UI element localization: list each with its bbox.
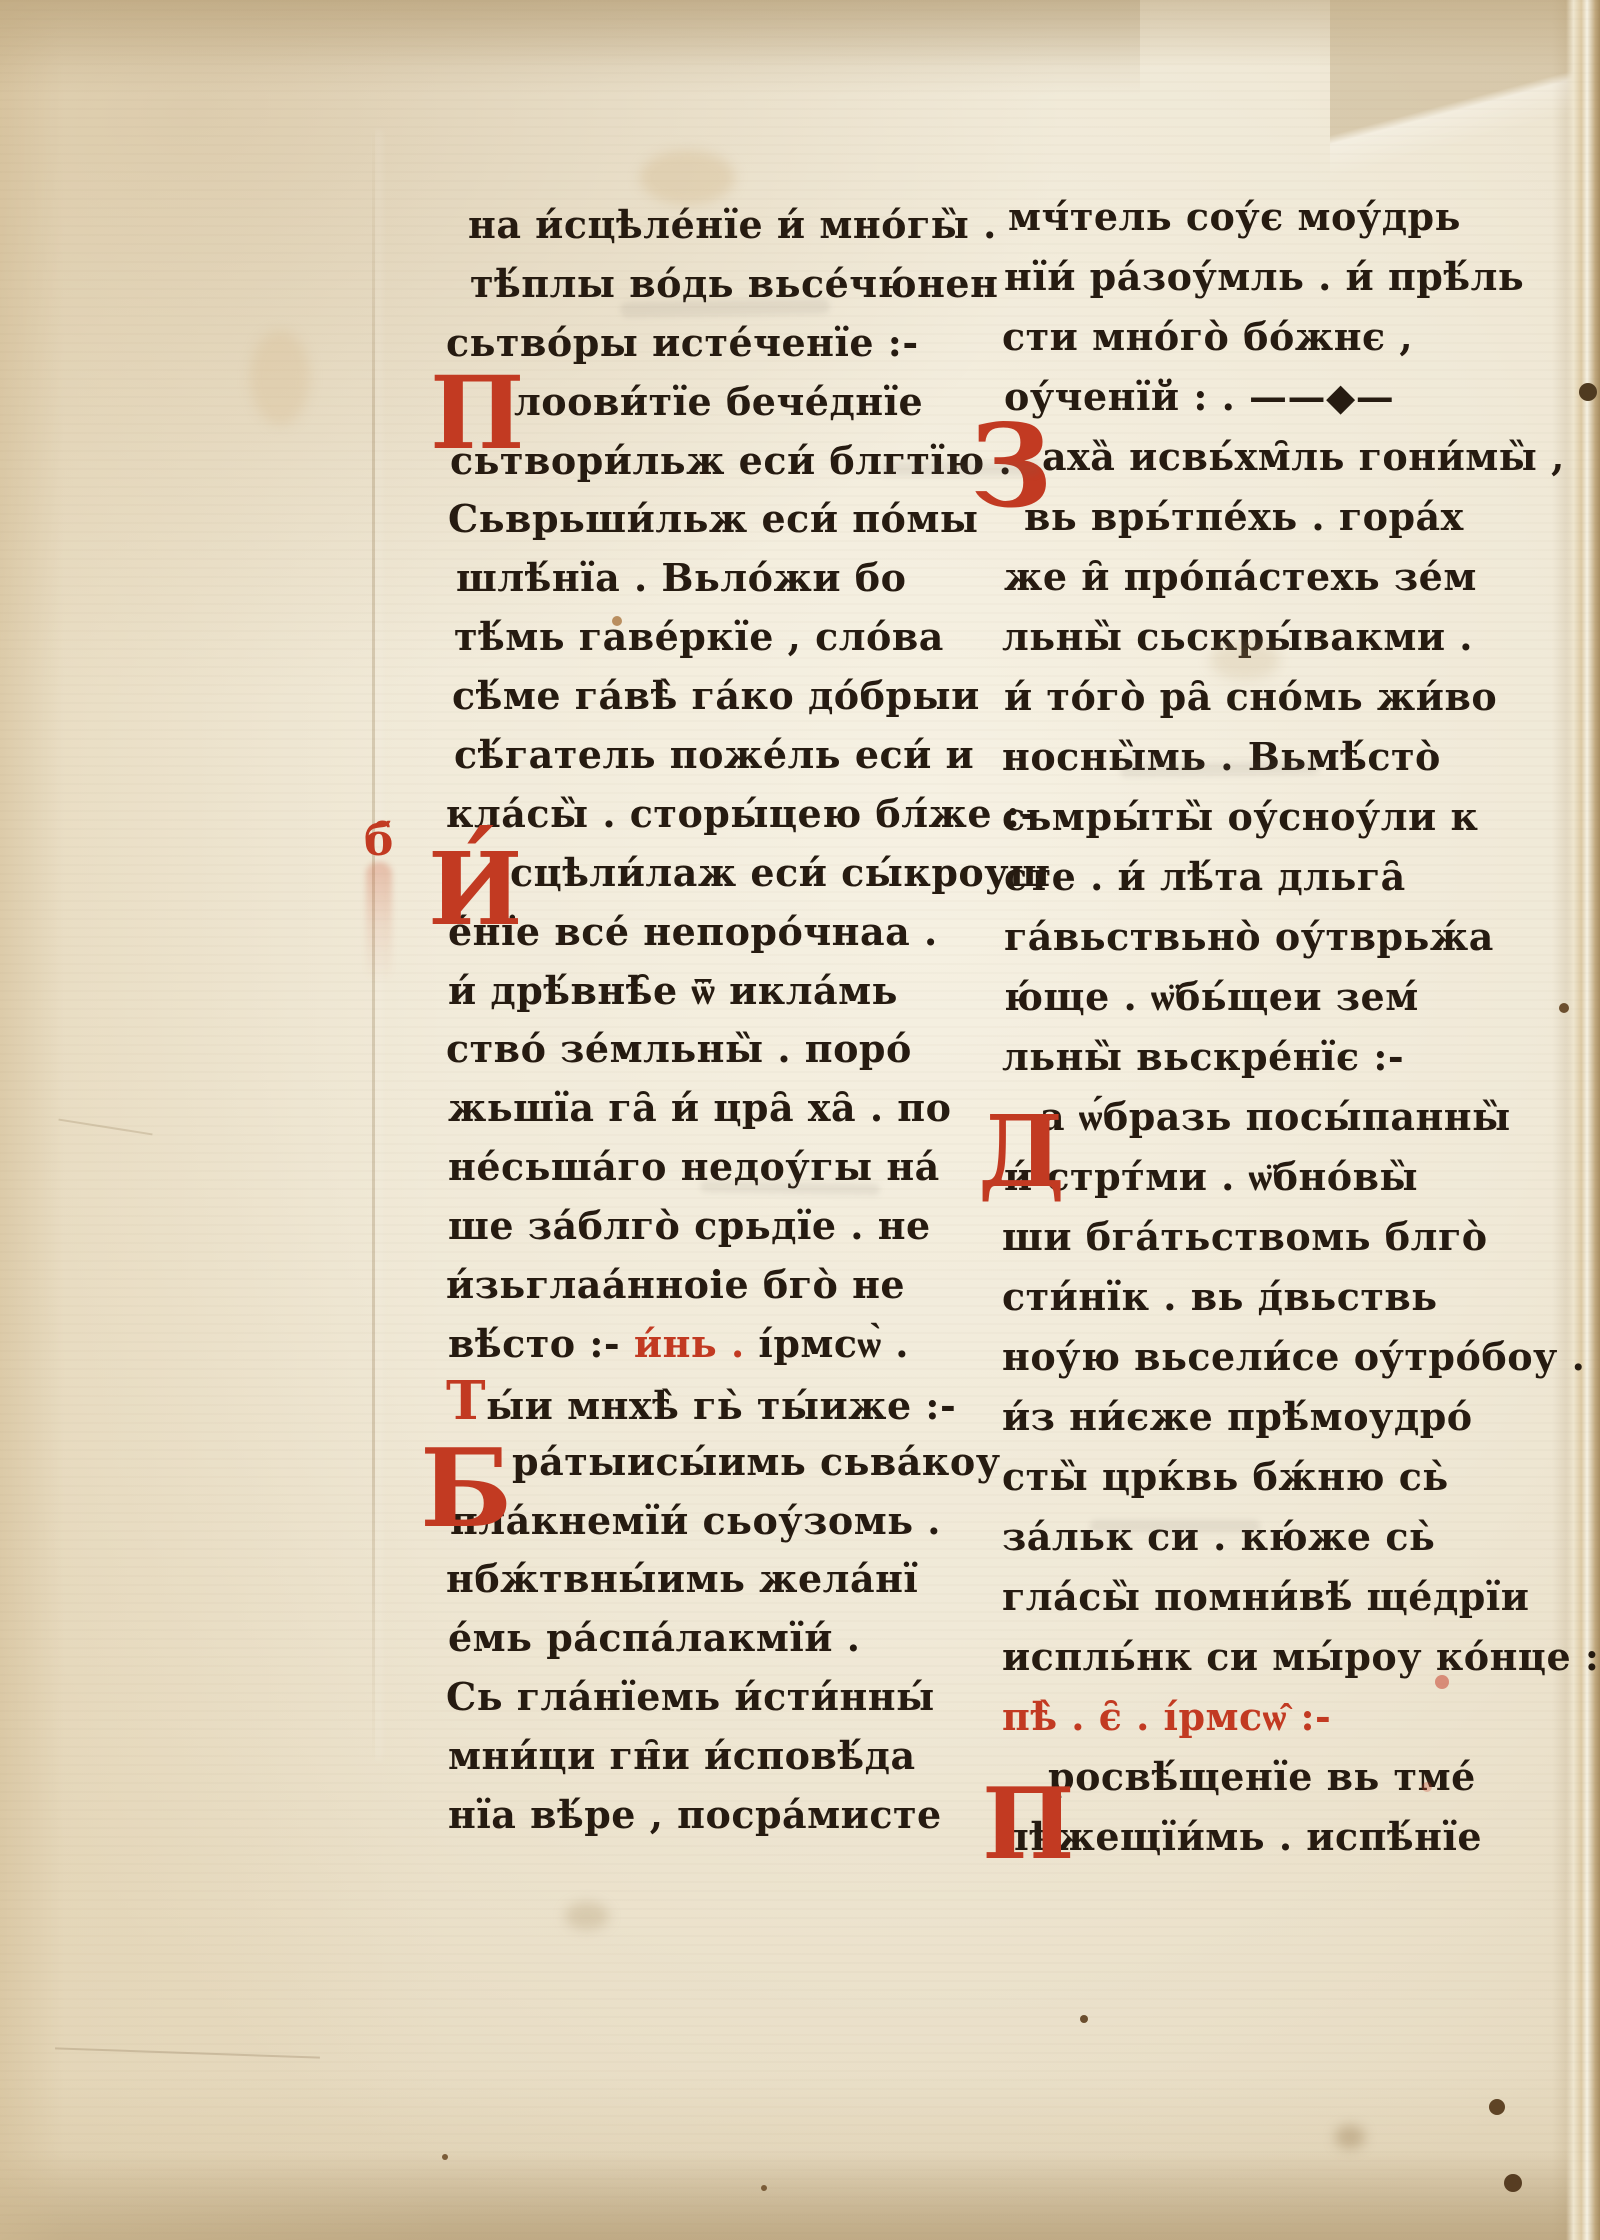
ink-text: лоови́тїе бече́днїе	[514, 379, 923, 424]
ink-text: нїи́ ра́зоу́мль . и́ прѣ́ль	[1004, 254, 1524, 299]
text-line-left-3: сьтво́ры исте́ченїе :-	[446, 314, 966, 373]
ink-text: же и̑ про́па́стехь зе́м	[1004, 554, 1477, 599]
wormhole-speck-9	[1435, 1675, 1449, 1689]
ink-text: Сьврьши́льж еси́ по́мы	[448, 496, 979, 541]
ink-text: Сь гла́нїемь и́сти́нны́	[446, 1674, 935, 1719]
ink-text: росвѣ́щенїе вь тме́	[1048, 1754, 1476, 1799]
ink-text: сѣ́ме га́вѣ̀ га́ко до́брыи	[452, 673, 980, 718]
wormhole-speck-3	[1579, 383, 1597, 401]
ink-text: вь врь́тпе́хь . гора́х	[1024, 494, 1464, 539]
text-line-right-19: сти́нїк . вь д́вьствь	[1002, 1267, 1472, 1327]
ink-text: шлѣ́нїа . Вьло́жи бо	[456, 555, 906, 600]
text-line-left-7: шлѣ́нїа . Вьло́жи бо	[446, 549, 966, 608]
text-line-left-14: и́ дрѣ́внѣ̑е ѿ икла́мь	[446, 962, 966, 1021]
wormhole-speck-8	[612, 616, 622, 626]
text-line-left-8: тѣ́мь гаве́ркїе , сло́ва	[446, 608, 966, 667]
ink-text: мч́тель соу́є моу́дрь	[1008, 194, 1461, 239]
parchment-stain-2	[250, 330, 310, 425]
ink-text: и́ стрт́ми . ѡ̈бно́вы̏	[1004, 1154, 1418, 1199]
manuscript-photo: на и́сцѣле́нїе и́ мно́гы̏ .тѣ́плы во́дь …	[0, 0, 1600, 2240]
text-line-right-12: сте . и́ лѣ́та дльга̑	[1002, 847, 1472, 907]
parchment-stain-5	[1210, 640, 1280, 680]
text-line-right-13: га́вьствьно̀ оу́тврьж́а	[1002, 907, 1472, 967]
text-line-right-26: пѣ̀ . є̑ . і́рмсѡ̂ :-	[1002, 1687, 1472, 1747]
text-line-right-25: испль́нк си мы́роу ко́нце :	[1002, 1627, 1472, 1687]
wormhole-speck-6	[761, 2185, 767, 2191]
ink-text: сѣ́гатель поже́ль еси́ и	[454, 732, 974, 777]
ink-text: е́мь ра́спа́лакмїи́ .	[448, 1615, 860, 1660]
margin-note-smudge	[366, 862, 392, 982]
text-line-left-1: на и́сцѣле́нїе и́ мно́гы̏ .	[446, 196, 966, 255]
wormhole-speck-7	[1559, 1003, 1569, 1013]
text-line-left-18: ше за́блго̀ срьдїе . не	[446, 1197, 966, 1256]
text-line-left-22: ра́тыисы́имь сьва́коу	[446, 1433, 966, 1492]
text-line-right-21: и́з ни́єже прѣ́моудро́	[1002, 1387, 1472, 1447]
show-through-2	[880, 462, 1040, 476]
text-line-right-7: же и̑ про́па́стехь зе́м	[1002, 547, 1472, 607]
parchment-stain-3	[1335, 2125, 1365, 2149]
text-line-right-14: ю́ще . ѡ̈бь́щеи зем́	[1002, 967, 1472, 1027]
parchment-stain-1	[640, 150, 735, 205]
ink-text: гла́сы̏ помни́вѣ́ ще́дрїи	[1002, 1574, 1530, 1619]
wormhole-speck-4	[1080, 2015, 1088, 2023]
ink-text: сти́нїк . вь д́вьствь	[1002, 1274, 1438, 1319]
text-line-right-15: льны̏ вьскре́нїє :-	[1002, 1027, 1472, 1087]
initial-i-left: И́	[428, 842, 522, 937]
rubric-text: Т	[446, 1369, 486, 1432]
text-line-left-10: сѣ́гатель поже́ль еси́ и	[446, 726, 966, 785]
text-line-left-15: ство́ зе́мльны̏ . поро́	[446, 1020, 966, 1079]
text-line-right-23: за́льк си . кю́же сь̀	[1002, 1507, 1472, 1567]
text-line-left-13: е́нїе все́ непоро́чнаа .	[446, 903, 966, 962]
top-edge-shadow	[0, 0, 1140, 95]
ink-text: льны̏ вьскре́нїє :-	[1002, 1034, 1404, 1079]
ink-text: нбж́твны́имь жела́нї	[446, 1556, 918, 1601]
ink-text: жьшїа га̑ и́ цра̑ ха̑ . по	[448, 1085, 951, 1130]
ink-text: сти мно́го̀ бо́жнє ,	[1002, 314, 1413, 359]
ink-text: ы́и мнхѣ̀ гь̀ ты́иже :-	[486, 1383, 956, 1428]
ink-text: сты̏ црќвь бж́ню сь̀	[1002, 1454, 1449, 1499]
ink-text: сьмры́ты̏ оу́сноу́ли к	[1002, 794, 1478, 839]
text-line-right-16: а ѡ́бразь посы́панны̏	[1002, 1087, 1472, 1147]
ink-text: ра́тыисы́имь сьва́коу	[512, 1439, 1001, 1484]
text-line-right-17: и́ стрт́ми . ѡ̈бно́вы̏	[1002, 1147, 1472, 1207]
ink-text: вѣ́сто :-	[448, 1321, 634, 1366]
parchment-stain-4	[565, 1902, 609, 1930]
ink-text: а ѡ́бразь посы́панны̏	[1040, 1094, 1511, 1139]
initial-d-right: Д	[978, 1106, 1065, 1199]
ink-text: га́вьствьно̀ оу́тврьж́а	[1004, 914, 1494, 959]
text-line-left-9: сѣ́ме га́вѣ̀ га́ко до́брыи	[446, 667, 966, 726]
ink-text: ноу́ю вьсели́се оу́тро́боу .	[1002, 1334, 1585, 1379]
initial-p-right: П	[982, 1778, 1075, 1871]
text-line-left-21: Ты́и мнхѣ̀ гь̀ ты́иже :-	[446, 1374, 966, 1433]
text-line-right-2: нїи́ ра́зоу́мль . и́ прѣ́ль	[1002, 247, 1472, 307]
text-line-right-18: ши бга́тьствомь блго̀	[1002, 1207, 1472, 1267]
text-line-left-25: е́мь ра́спа́лакмїи́ .	[446, 1609, 966, 1668]
ink-text: и́з ни́єже прѣ́моудро́	[1002, 1394, 1473, 1439]
wormhole-speck-1	[1489, 2099, 1505, 2115]
text-line-right-24: гла́сы̏ помни́вѣ́ ще́дрїи	[1002, 1567, 1472, 1627]
text-line-left-11: кла́сы̏ . сторы́цею бл́же :-	[446, 785, 966, 844]
ink-text: и́ дрѣ́внѣ̑е ѿ икла́мь	[448, 968, 898, 1013]
ink-text: пла́кнемїи́ сьоу́зомь .	[450, 1498, 941, 1543]
text-line-left-26: Сь гла́нїемь и́сти́нны́	[446, 1668, 966, 1727]
text-line-left-12: сцѣли́лаж еси́ сы́кроуш	[446, 844, 966, 903]
text-line-left-16: жьшїа га̑ и́ цра̑ ха̑ . по	[446, 1079, 966, 1138]
text-line-right-11: сьмры́ты̏ оу́сноу́ли к	[1002, 787, 1472, 847]
text-column-right: мч́тель соу́є моу́дрьнїи́ ра́зоу́мль . и…	[1002, 187, 1472, 1867]
rubric-text: и́нь .	[634, 1321, 758, 1366]
ink-text: сцѣли́лаж еси́ сы́кроуш	[510, 850, 1050, 895]
ink-text: аха̏ исвь́хм̑ль гони́мы̏ ,	[1042, 434, 1565, 479]
text-line-left-20: вѣ́сто :- и́нь . і́рмсѡ̀ .	[446, 1315, 966, 1374]
text-line-left-23: пла́кнемїи́ сьоу́зомь .	[446, 1492, 966, 1551]
ink-text: сте . и́ лѣ́та дльга̑	[1004, 854, 1406, 899]
text-line-right-3: сти мно́го̀ бо́жнє ,	[1002, 307, 1472, 367]
wormhole-speck-10	[1422, 1782, 1432, 1792]
ink-text: ство́ зе́мльны̏ . поро́	[446, 1026, 912, 1071]
ink-text: тѣ́мь гаве́ркїе , сло́ва	[454, 614, 944, 659]
text-line-right-6: вь врь́тпе́хь . гора́х	[1002, 487, 1472, 547]
ink-text: оу́ченїй : . ——◆—	[1004, 374, 1394, 419]
text-line-left-28: нїа вѣ́ре , посра́мисте	[446, 1786, 966, 1845]
text-line-right-10: носны̏мь . Вьмѣ́сто̀	[1002, 727, 1472, 787]
ink-text: мни́ци гн̑и и́сповѣ́да	[448, 1733, 916, 1778]
text-line-left-6: Сьврьши́льж еси́ по́мы	[446, 490, 966, 549]
wormhole-speck-5	[442, 2154, 448, 2160]
bottom-edge-shading	[0, 2070, 1600, 2240]
ink-text: і́рмсѡ̀ .	[758, 1321, 909, 1366]
ink-text: нїа вѣ́ре , посра́мисте	[448, 1792, 942, 1837]
ink-text: ши бга́тьствомь блго̀	[1002, 1214, 1488, 1259]
show-through-5	[1090, 1520, 1260, 1532]
initial-p-left: П	[430, 366, 524, 461]
text-line-left-19: и́зьглаа́нноіе бго̀ не	[446, 1256, 966, 1315]
ink-text: ше за́блго̀ срьдїе . не	[448, 1203, 931, 1248]
ink-text: и́ то́го̀ ра̑ сно́мь жи́во	[1004, 674, 1497, 719]
ink-text: испль́нк си мы́роу ко́нце :	[1002, 1634, 1599, 1679]
initial-b-left: Б	[420, 1438, 512, 1541]
ink-text: ю́ще . ѡ̈бь́щеи зем́	[1004, 974, 1419, 1019]
ink-text: кла́сы̏ . сторы́цею бл́же :-	[446, 791, 1037, 836]
text-line-right-5: аха̏ исвь́хм̑ль гони́мы̏ ,	[1002, 427, 1472, 487]
initial-margin-note: б̑	[364, 820, 393, 862]
ink-text: и́зьглаа́нноіе бго̀ не	[446, 1262, 905, 1307]
text-line-left-27: мни́ци гн̑и и́сповѣ́да	[446, 1727, 966, 1786]
rubric-text: пѣ̀ . є̑ . і́рмсѡ̂ :-	[1002, 1694, 1331, 1739]
text-line-right-4: оу́ченїй : . ——◆—	[1002, 367, 1472, 427]
text-line-right-22: сты̏ црќвь бж́ню сь̀	[1002, 1447, 1472, 1507]
book-fore-edge	[1566, 0, 1600, 2240]
text-line-right-1: мч́тель соу́є моу́дрь	[1002, 187, 1472, 247]
ink-text: на и́сцѣле́нїе и́ мно́гы̏ .	[468, 202, 997, 247]
text-line-left-24: нбж́твны́имь жела́нї	[446, 1550, 966, 1609]
text-line-right-20: ноу́ю вьсели́се оу́тро́боу .	[1002, 1327, 1472, 1387]
wormhole-speck-2	[1504, 2174, 1522, 2192]
